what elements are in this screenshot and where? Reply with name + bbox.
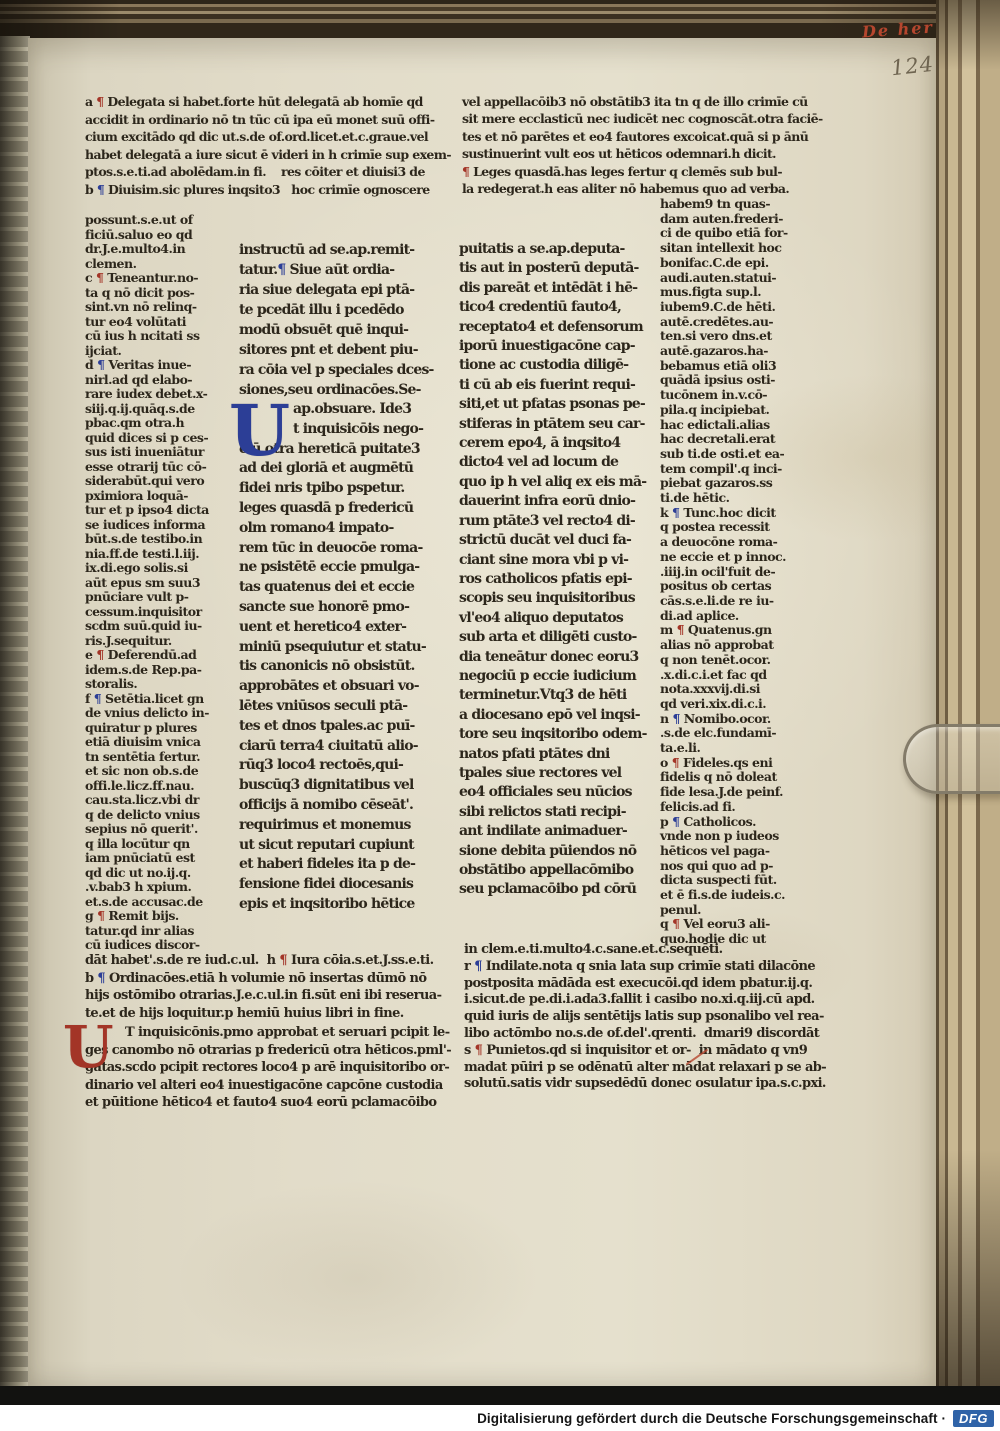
text-line: ficiū.saluo eo qd bbox=[85, 228, 231, 243]
text-line: fensione fidei diocesanis bbox=[239, 875, 435, 895]
text-line: i.sicut.de pe.di.i.ada3.fallit i casibo … bbox=[464, 992, 856, 1009]
text-line: cās.s.e.li.de re iu- bbox=[660, 594, 784, 609]
text-line: vl'eo4 aliquo deputatos bbox=[459, 609, 641, 628]
text-line: et haberi fideles ita p de- bbox=[239, 855, 435, 875]
text-line: ne psistētē eccie pmulga- bbox=[239, 558, 435, 578]
text-line: cau.sta.licz.vbi dr bbox=[85, 793, 231, 808]
text-line: ant indilate animaduer- bbox=[459, 822, 641, 841]
text-line: approbātes et obsuari vo- bbox=[239, 677, 435, 697]
text-line: eo4 officiales seu nūcios bbox=[459, 783, 641, 802]
text-line: et ē fi.s.de iudeis.c. bbox=[660, 888, 784, 903]
text-line: ria siue delegata epi ptā- bbox=[239, 280, 435, 300]
text-line: buscūq3 dignitatibus vel bbox=[239, 776, 435, 796]
text-line: olm romano4 impato- bbox=[239, 519, 435, 539]
text-line: siij.q.ij.quāq.s.de bbox=[85, 402, 231, 417]
text-line: m ¶ Quatenus.gn bbox=[660, 623, 784, 638]
text-line: pximiora loquā- bbox=[85, 489, 231, 504]
text-line: q non tenēt.ocor. bbox=[660, 653, 784, 668]
text-line: tucōnem in.v.cō- bbox=[660, 388, 784, 403]
text-line: r ¶ Indilate.nota q snia lata sup crimīe… bbox=[464, 959, 856, 976]
text-line: dauerint infra eorū dnio- bbox=[459, 492, 641, 511]
text-line: requirimus et monemus bbox=[239, 816, 435, 836]
text-line: ciant sine mora vbi p vi- bbox=[459, 551, 641, 570]
text-line: tur eo4 volūtati bbox=[85, 315, 231, 330]
text-line: dicto4 vel ad locum de bbox=[459, 453, 641, 472]
text-line: sancte sue honorē pmo- bbox=[239, 598, 435, 618]
text-line: dis pareāt et intēdāt i hē- bbox=[459, 279, 641, 298]
text-line: madat pūiri p se odēnatū alter mādat rel… bbox=[464, 1060, 856, 1077]
text-line: ten.si vero dns.et bbox=[660, 329, 784, 344]
text-line: ¶ Leges quasdā.has leges fertur q clemēs… bbox=[462, 163, 854, 180]
maintext-col2-lower-dropcap-initial: U bbox=[229, 396, 289, 466]
text-line: gatas.scdo pcipit rectores loco4 p arē i… bbox=[85, 1059, 477, 1077]
text-line: esse otrarij tūc cō- bbox=[85, 460, 231, 475]
text-line: sione debita pūiendos nō bbox=[459, 842, 641, 861]
text-line: quādā ipsius osti- bbox=[660, 373, 784, 388]
text-line: sepius nō querit'. bbox=[85, 822, 231, 837]
pilcrow-mark: ¶ bbox=[677, 622, 684, 637]
text-line: sub ti.de osti.et ea- bbox=[660, 447, 784, 462]
text-line: dia teneātur donec eoru3 bbox=[459, 648, 641, 667]
text-line: tes et nō parētes et eo4 fautores excoic… bbox=[462, 128, 854, 145]
pilcrow-mark: ¶ bbox=[94, 691, 101, 706]
text-line: b ¶ Ordinacōes.etiā h volumie nō inserta… bbox=[85, 970, 477, 988]
text-line: seu pclamacōibo pd cōrū bbox=[459, 880, 641, 899]
text-line: tes et dnos tpales.ac puī- bbox=[239, 717, 435, 737]
text-line: la redegerat.h eas aliter nō habemus quo… bbox=[462, 180, 854, 197]
text-line: obstātibo appellacōmibo bbox=[459, 861, 641, 880]
text-line: q de delicto vnius bbox=[85, 808, 231, 823]
text-line: nota.xxxvij.di.si bbox=[660, 682, 784, 697]
text-line: e ¶ Deferendū.ad bbox=[85, 648, 231, 663]
text-line: audi.auten.statui- bbox=[660, 271, 784, 286]
text-line: natos pfati ptātes dni bbox=[459, 745, 641, 764]
text-line: sit mere ecclasticū nec iudicēt nec cogn… bbox=[462, 110, 854, 127]
text-line: te pcedāt illu i pcedēdo bbox=[239, 300, 435, 320]
text-line: dicta suspecti fūt. bbox=[660, 873, 784, 888]
text-line: in clem.e.ti.multo4.c.sane.et.c.sequēti. bbox=[464, 942, 856, 959]
text-line: ut sicut reputari cupiunt bbox=[239, 836, 435, 856]
text-line: s ¶ Punietos.qd si inquisitor et or- in … bbox=[464, 1043, 856, 1060]
text-line: penul. bbox=[660, 903, 784, 918]
text-line: solutū.satis vidr supsedēdū donec osulat… bbox=[464, 1076, 856, 1093]
commentary-bottom-left-lower-dropcap-initial: U bbox=[63, 1018, 113, 1076]
pilcrow-mark: ¶ bbox=[277, 262, 285, 278]
text-line: tione ac custodia diligē- bbox=[459, 356, 641, 375]
pilcrow-mark: ¶ bbox=[474, 959, 482, 974]
text-line: rūq3 loco4 rectoēs,qui- bbox=[239, 756, 435, 776]
text-line: scopis seu inquisitoribus bbox=[459, 589, 641, 608]
text-line: instructū ad se.ap.remit- bbox=[239, 240, 435, 260]
text-line: ra cōia vel p speciales dces- bbox=[239, 360, 435, 380]
text-line: lētes vniūsos seculi ptā- bbox=[239, 697, 435, 717]
text-line: modū obsuēt quē inqui- bbox=[239, 320, 435, 340]
text-line: tur et p ipso4 dicta bbox=[85, 503, 231, 518]
pilcrow-mark: ¶ bbox=[279, 953, 287, 968]
text-line: f ¶ Setētia.licet gn bbox=[85, 692, 231, 707]
maintext-col2-lower: Uap.obsuare. Ide3t inquisicōis nego-ciū … bbox=[239, 400, 435, 915]
text-line: receptato4 et defensorum bbox=[459, 318, 641, 337]
text-line: postposita mādāda est execucōi.qd idem p… bbox=[464, 976, 856, 993]
text-line: sitan intellexit hoc bbox=[660, 241, 784, 256]
pilcrow-mark: ¶ bbox=[97, 182, 104, 197]
text-line: ta.e.li. bbox=[660, 741, 784, 756]
text-line: cium excitādo qd dic ut.s.de of.ord.lice… bbox=[85, 128, 445, 146]
commentary-bottom-left-upper: dāt habet'.s.de re iud.c.ul. h ¶ Iura cō… bbox=[85, 952, 477, 1022]
text-line: q illa locūtur qn bbox=[85, 837, 231, 852]
text-line: clemen. bbox=[85, 257, 231, 272]
text-line: dāt habet'.s.de re iud.c.ul. h ¶ Iura cō… bbox=[85, 952, 477, 970]
text-line: ptos.s.e.ti.ad abolēdam.in fi. res cōite… bbox=[85, 163, 445, 181]
text-line: cessum.inquisitor bbox=[85, 605, 231, 620]
text-line: ros catholicos pfatis epi- bbox=[459, 570, 641, 589]
text-line: offi.le.licz.ff.nau. bbox=[85, 779, 231, 794]
credit-text: Digitalisierung gefördert durch die Deut… bbox=[477, 1411, 946, 1426]
text-line: storalis. bbox=[85, 677, 231, 692]
text-line: nos qui quo ad p- bbox=[660, 859, 784, 874]
dfg-credit-bar: Digitalisierung gefördert durch die Deut… bbox=[0, 1405, 1000, 1431]
text-line: iporū inuestigacōne cap- bbox=[459, 337, 641, 356]
text-line: k ¶ Tunc.hoc dicit bbox=[660, 506, 784, 521]
text-line: tore seu inqsitoribo odem- bbox=[459, 725, 641, 744]
text-line: sitores pnt et debent piu- bbox=[239, 340, 435, 360]
text-line: ris.J.sequitur. bbox=[85, 634, 231, 649]
text-line: n ¶ Nomibo.ocor. bbox=[660, 712, 784, 727]
text-line: ciarū terra4 ciuitatū alio- bbox=[239, 737, 435, 757]
commentary-right-column: habem9 tn quas-dam auten.frederi-ci de q… bbox=[660, 197, 784, 947]
pilcrow-mark: ¶ bbox=[672, 711, 679, 726]
text-line: sibi relictos stati recipi- bbox=[459, 803, 641, 822]
text-line: ti cū ab eis fuerint requi- bbox=[459, 376, 641, 395]
text-line: sus isti inueniātur bbox=[85, 445, 231, 460]
text-line: iubem9.C.de hēti. bbox=[660, 300, 784, 315]
text-line: strictū ducāt vel duci fa- bbox=[459, 531, 641, 550]
text-line: stiferas in ptātem seu car- bbox=[459, 415, 641, 434]
text-line: leges quasdā p fredericū bbox=[239, 499, 435, 519]
text-line: ci de quibo etiā for- bbox=[660, 226, 784, 241]
text-line: a ¶ Delegata si habet.forte hūt delegatā… bbox=[85, 93, 445, 111]
text-line: nia.ff.de testi.l.iij. bbox=[85, 547, 231, 562]
text-line: puitatis a se.ap.deputa- bbox=[459, 240, 641, 259]
text-line: habet delegatā a iure sicut ē videri in … bbox=[85, 146, 445, 164]
text-line: hac decretali.erat bbox=[660, 432, 784, 447]
pilcrow-mark: ¶ bbox=[672, 916, 679, 931]
text-line: miniū psequiutur et statu- bbox=[239, 638, 435, 658]
text-line: te.et de hijs loquitur.p hemiū huius lib… bbox=[85, 1005, 477, 1023]
commentary-left-column: possunt.s.e.ut officiū.saluo eo qddr.J.e… bbox=[85, 213, 231, 953]
text-line: q postea recessit bbox=[660, 520, 784, 535]
pilcrow-mark: ¶ bbox=[672, 505, 679, 520]
text-line: quid iuris de alijs sentētijs latis sup … bbox=[464, 1009, 856, 1026]
text-line: hijs ostōmibo otrarias.J.e.c.ul.in fi.sū… bbox=[85, 987, 477, 1005]
maintext-col3: puitatis a se.ap.deputa-tis aut in poste… bbox=[459, 240, 641, 900]
pilcrow-mark: ¶ bbox=[96, 94, 103, 109]
text-line: sustinuerint vult eos ut hēticos odemnar… bbox=[462, 145, 854, 162]
text-line: cerem epo4, ā inqsito4 bbox=[459, 434, 641, 453]
text-line: idem.s.de Rep.pa- bbox=[85, 663, 231, 678]
text-line: habem9 tn quas- bbox=[660, 197, 784, 212]
text-line: rare iudex debet.x- bbox=[85, 387, 231, 402]
text-line: possunt.s.e.ut of bbox=[85, 213, 231, 228]
text-line: .x.di.c.i.et fac qd bbox=[660, 668, 784, 683]
text-line: .v.bab3 h xpium. bbox=[85, 880, 231, 895]
text-line: iam pnūciatū est bbox=[85, 851, 231, 866]
text-line: bebamus etiā oli3 bbox=[660, 359, 784, 374]
text-line: terminetur.Vtq3 de hēti bbox=[459, 686, 641, 705]
photo-background-strip bbox=[0, 1386, 1000, 1405]
text-line: rem tūc in deuocōe roma- bbox=[239, 539, 435, 559]
text-line: b ¶ Diuisim.sic plures inqsito3 hoc crim… bbox=[85, 181, 445, 199]
text-line: a diocesano epō vel inqsi- bbox=[459, 706, 641, 725]
text-line: ta q nō dicit pos- bbox=[85, 286, 231, 301]
text-line: accidit in ordinario nō tn tūc cū ipa eū… bbox=[85, 111, 445, 129]
text-line: de vnius delicto in- bbox=[85, 706, 231, 721]
pilcrow-mark: ¶ bbox=[672, 755, 679, 770]
text-line: dr.J.e.multo4.in bbox=[85, 242, 231, 257]
text-line: epis et inqsitoribo hētice bbox=[239, 895, 435, 915]
text-line: .iiij.in ocil'fuit de- bbox=[660, 565, 784, 580]
text-line: scdm suū.quid iu- bbox=[85, 619, 231, 634]
text-line: qd dic ut no.ij.q. bbox=[85, 866, 231, 881]
text-line: alias nō approbat bbox=[660, 638, 784, 653]
text-line: felicis.ad fi. bbox=[660, 800, 784, 815]
text-line: ti.de hētic. bbox=[660, 491, 784, 506]
text-line: libo actōmbo no.s.de of.del'.qrenti. dma… bbox=[464, 1026, 856, 1043]
text-line: tas quatenus dei et eccie bbox=[239, 578, 435, 598]
text-line: vel appellacōib3 nō obstātib3 ita tn q d… bbox=[462, 93, 854, 110]
text-line: mus.figta sup.l. bbox=[660, 285, 784, 300]
pilcrow-mark: ¶ bbox=[97, 908, 104, 923]
text-line: cū iudices discor- bbox=[85, 938, 231, 953]
text-line: siti,et ut pfatas psonas pe- bbox=[459, 395, 641, 414]
text-line: siderabūt.qui vero bbox=[85, 474, 231, 489]
text-line: piebat gazaros.ss bbox=[660, 476, 784, 491]
pilcrow-mark: ¶ bbox=[462, 164, 469, 179]
text-line: g ¶ Remit bijs. bbox=[85, 909, 231, 924]
pilcrow-mark: ¶ bbox=[96, 270, 103, 285]
text-line: hēticos vel paga- bbox=[660, 844, 784, 859]
text-line: officijs ā nomibo cēseāt'. bbox=[239, 796, 435, 816]
book-photograph: a ¶ Delegata si habet.forte hūt delegatā… bbox=[0, 0, 1000, 1405]
text-line: et pūitione hētico4 et fauto4 suo4 eorū … bbox=[85, 1094, 477, 1112]
text-line: pbac.qm otra.h bbox=[85, 416, 231, 431]
commentary-bottom-left-lower: UT inquisicōnis.pmo approbat et seruari … bbox=[85, 1024, 477, 1112]
commentary-bottom-right: in clem.e.ti.multo4.c.sane.et.c.sequēti.… bbox=[464, 942, 856, 1093]
text-line: d ¶ Veritas inue- bbox=[85, 358, 231, 373]
pilcrow-mark: ¶ bbox=[97, 357, 104, 372]
text-line: o ¶ Fideles.qs eni bbox=[660, 756, 784, 771]
text-line: pnūciare vult p- bbox=[85, 590, 231, 605]
maintext-col2-upper: instructū ad se.ap.remit-tatur.¶ Siue aū… bbox=[239, 240, 435, 400]
text-line: pila.q incipiebat. bbox=[660, 403, 784, 418]
text-line: fide lesa.J.de peinf. bbox=[660, 785, 784, 800]
text-line: tico4 credentiū fauto4, bbox=[459, 298, 641, 317]
text-line: quid dices si p ces- bbox=[85, 431, 231, 446]
text-line: rum ptāte3 vel recto4 di- bbox=[459, 512, 641, 531]
digitized-manuscript-viewer: a ¶ Delegata si habet.forte hūt delegatā… bbox=[0, 0, 1000, 1431]
text-line: ne eccie et p innoc. bbox=[660, 550, 784, 565]
text-line: sub arta et diligēti custo- bbox=[459, 628, 641, 647]
text-line: fidei nris tpibo pspetur. bbox=[239, 479, 435, 499]
text-line: p ¶ Catholicos. bbox=[660, 815, 784, 830]
text-line: se iudices informa bbox=[85, 518, 231, 533]
text-line: negociū p eccie iudicium bbox=[459, 667, 641, 686]
text-line: .s.de elc.fundamī- bbox=[660, 726, 784, 741]
text-line: autē.credētes.au- bbox=[660, 315, 784, 330]
text-line: ix.di.ego solis.si bbox=[85, 561, 231, 576]
text-line: būt.s.de testibo.in bbox=[85, 532, 231, 547]
text-line: etiā diuisim vnica bbox=[85, 735, 231, 750]
text-line: di.ad aplice. bbox=[660, 609, 784, 624]
text-line: positus ob certas bbox=[660, 579, 784, 594]
commentary-top-left: a ¶ Delegata si habet.forte hūt delegatā… bbox=[85, 93, 445, 199]
dfg-logo: DFG bbox=[953, 1410, 994, 1427]
text-line: q ¶ Vel eoru3 ali- bbox=[660, 917, 784, 932]
text-line: tis canonicis nō obsistūt. bbox=[239, 657, 435, 677]
text-line: a deuocōne roma- bbox=[660, 535, 784, 550]
text-line: uent et heretico4 exter- bbox=[239, 618, 435, 638]
pilcrow-mark: ¶ bbox=[97, 971, 105, 986]
text-line: qd veri.xix.di.c.i. bbox=[660, 697, 784, 712]
text-line: tn sentētia fertur. bbox=[85, 750, 231, 765]
text-line: dam auten.frederi- bbox=[660, 212, 784, 227]
text-line: dinario vel alteri eo4 inuestigacōne cap… bbox=[85, 1077, 477, 1095]
text-line: nirl.ad qd elabo- bbox=[85, 373, 231, 388]
text-line: fidelis q nō doleat bbox=[660, 770, 784, 785]
folio-number: 124 bbox=[890, 52, 935, 80]
text-line: ijciat. bbox=[85, 344, 231, 359]
text-line: vnde non p iudeos bbox=[660, 829, 784, 844]
text-line: bonifac.C.de epi. bbox=[660, 256, 784, 271]
text-line: tem compil'.q inci- bbox=[660, 462, 784, 477]
pilcrow-mark: ¶ bbox=[96, 647, 103, 662]
text-line: c ¶ Teneantur.no- bbox=[85, 271, 231, 286]
text-line: sint.vn nō relinq- bbox=[85, 300, 231, 315]
text-line: tis aut in posterū deputā- bbox=[459, 259, 641, 278]
page-holder-clip bbox=[903, 724, 1000, 794]
text-line: hac edictali.alias bbox=[660, 418, 784, 433]
text-line: T inquisicōnis.pmo approbat et seruari p… bbox=[85, 1024, 477, 1042]
text-line: et sic non ob.s.de bbox=[85, 764, 231, 779]
text-line: et.s.de accusac.de bbox=[85, 895, 231, 910]
text-line: quiratur p plures bbox=[85, 721, 231, 736]
text-line: quo ip h vel aliq ex eis mā- bbox=[459, 473, 641, 492]
text-line: aūt epus sm suu3 bbox=[85, 576, 231, 591]
text-line: ges canombo nō otrarias p fredericū otra… bbox=[85, 1042, 477, 1060]
text-line: autē.gazaros.ha- bbox=[660, 344, 784, 359]
text-line: tpales siue rectores vel bbox=[459, 764, 641, 783]
printed-text-area: a ¶ Delegata si habet.forte hūt delegatā… bbox=[0, 0, 972, 1367]
pilcrow-mark: ¶ bbox=[672, 814, 679, 829]
text-line: tatur.qd inr alias bbox=[85, 924, 231, 939]
pilcrow-mark: ¶ bbox=[475, 1043, 483, 1058]
commentary-top-right: vel appellacōib3 nō obstātib3 ita tn q d… bbox=[462, 93, 854, 197]
text-line: cū ius h ncitati ss bbox=[85, 329, 231, 344]
text-line: tatur.¶ Siue aūt ordia- bbox=[239, 260, 435, 280]
